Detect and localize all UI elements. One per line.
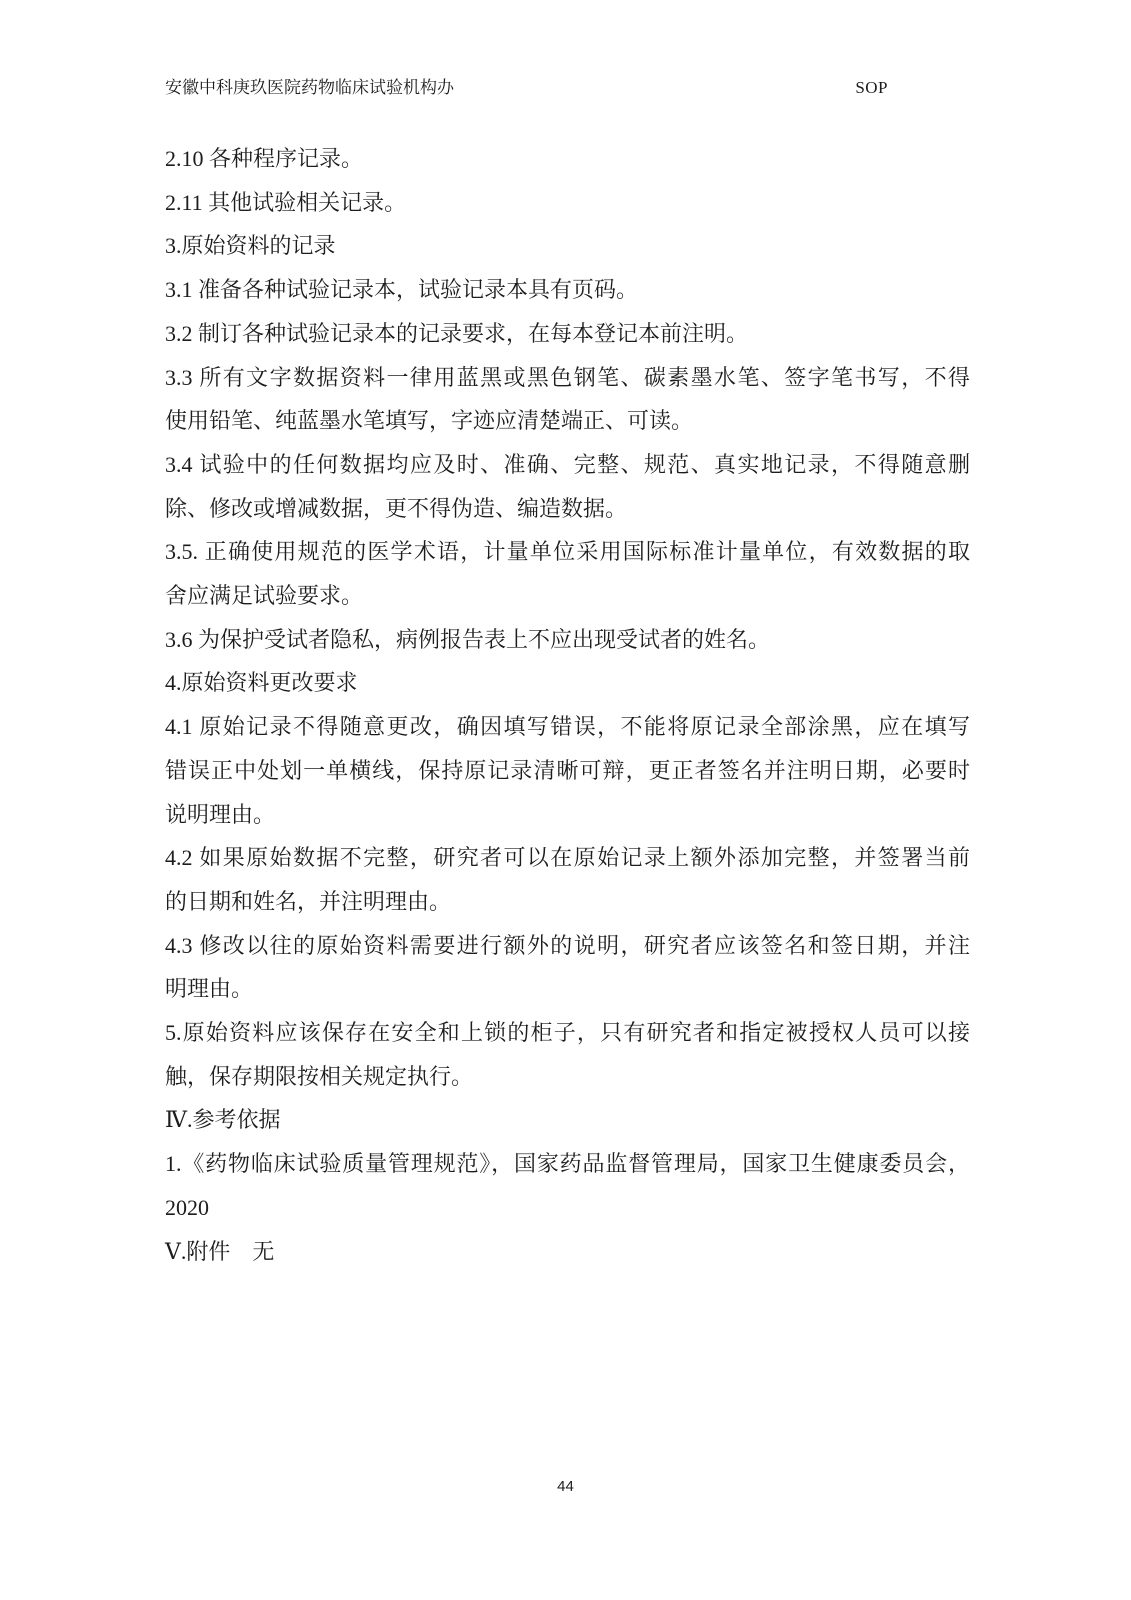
text-line: 的日期和姓名，并注明理由。 bbox=[165, 880, 970, 924]
text-line: 使用铅笔、纯蓝墨水笔填写，字迹应清楚端正、可读。 bbox=[165, 399, 970, 443]
text-line: 舍应满足试验要求。 bbox=[165, 574, 970, 618]
text-line: 3.原始资料的记录 bbox=[165, 224, 970, 268]
text-line: 3.4 试验中的任何数据均应及时、准确、完整、规范、真实地记录，不得随意删 bbox=[165, 443, 970, 487]
text-line: 触，保存期限按相关规定执行。 bbox=[165, 1055, 970, 1099]
text-line: 3.3 所有文字数据资料一律用蓝黑或黑色钢笔、碳素墨水笔、签字笔书写，不得 bbox=[165, 356, 970, 400]
document-page: 安徽中科庚玖医院药物临床试验机构办 SOP 2.10 各种程序记录。2.11 其… bbox=[0, 0, 1131, 1600]
text-line: 2.11 其他试验相关记录。 bbox=[165, 181, 970, 225]
text-line: 4.1 原始记录不得随意更改，确因填写错误，不能将原记录全部涂黑，应在填写 bbox=[165, 705, 970, 749]
text-line: 3.1 准备各种试验记录本，试验记录本具有页码。 bbox=[165, 268, 970, 312]
text-line: 4.3 修改以往的原始资料需要进行额外的说明，研究者应该签名和签日期，并注 bbox=[165, 924, 970, 968]
text-line: 错误正中处划一单横线，保持原记录清晰可辩，更正者签名并注明日期，必要时 bbox=[165, 749, 970, 793]
text-line: 3.5. 正确使用规范的医学术语，计量单位采用国际标准计量单位，有效数据的取 bbox=[165, 530, 970, 574]
text-line: 2020 bbox=[165, 1186, 970, 1230]
text-line: 5.原始资料应该保存在安全和上锁的柜子，只有研究者和指定被授权人员可以接 bbox=[165, 1011, 970, 1055]
text-line: Ⅴ.附件 无 bbox=[165, 1230, 970, 1274]
text-line: 明理由。 bbox=[165, 967, 970, 1011]
header-org-title: 安徽中科庚玖医院药物临床试验机构办 bbox=[165, 76, 454, 100]
text-line: 4.2 如果原始数据不完整，研究者可以在原始记录上额外添加完整，并签署当前 bbox=[165, 836, 970, 880]
page-header: 安徽中科庚玖医院药物临床试验机构办 SOP bbox=[165, 76, 970, 100]
text-line: 说明理由。 bbox=[165, 793, 970, 837]
text-line: 4.原始资料更改要求 bbox=[165, 661, 970, 705]
text-line: Ⅳ.参考依据 bbox=[165, 1098, 970, 1142]
text-line: 3.6 为保护受试者隐私，病例报告表上不应出现受试者的姓名。 bbox=[165, 618, 970, 662]
text-line: 2.10 各种程序记录。 bbox=[165, 137, 970, 181]
header-sop-label: SOP bbox=[855, 76, 888, 100]
page-number: 44 bbox=[0, 1478, 1131, 1495]
document-body: 2.10 各种程序记录。2.11 其他试验相关记录。3.原始资料的记录3.1 准… bbox=[165, 137, 970, 1273]
text-line: 1.《药物临床试验质量管理规范》，国家药品监督管理局，国家卫生健康委员会， bbox=[165, 1142, 970, 1186]
text-line: 除、修改或增减数据，更不得伪造、编造数据。 bbox=[165, 487, 970, 531]
text-line: 3.2 制订各种试验记录本的记录要求，在每本登记本前注明。 bbox=[165, 312, 970, 356]
